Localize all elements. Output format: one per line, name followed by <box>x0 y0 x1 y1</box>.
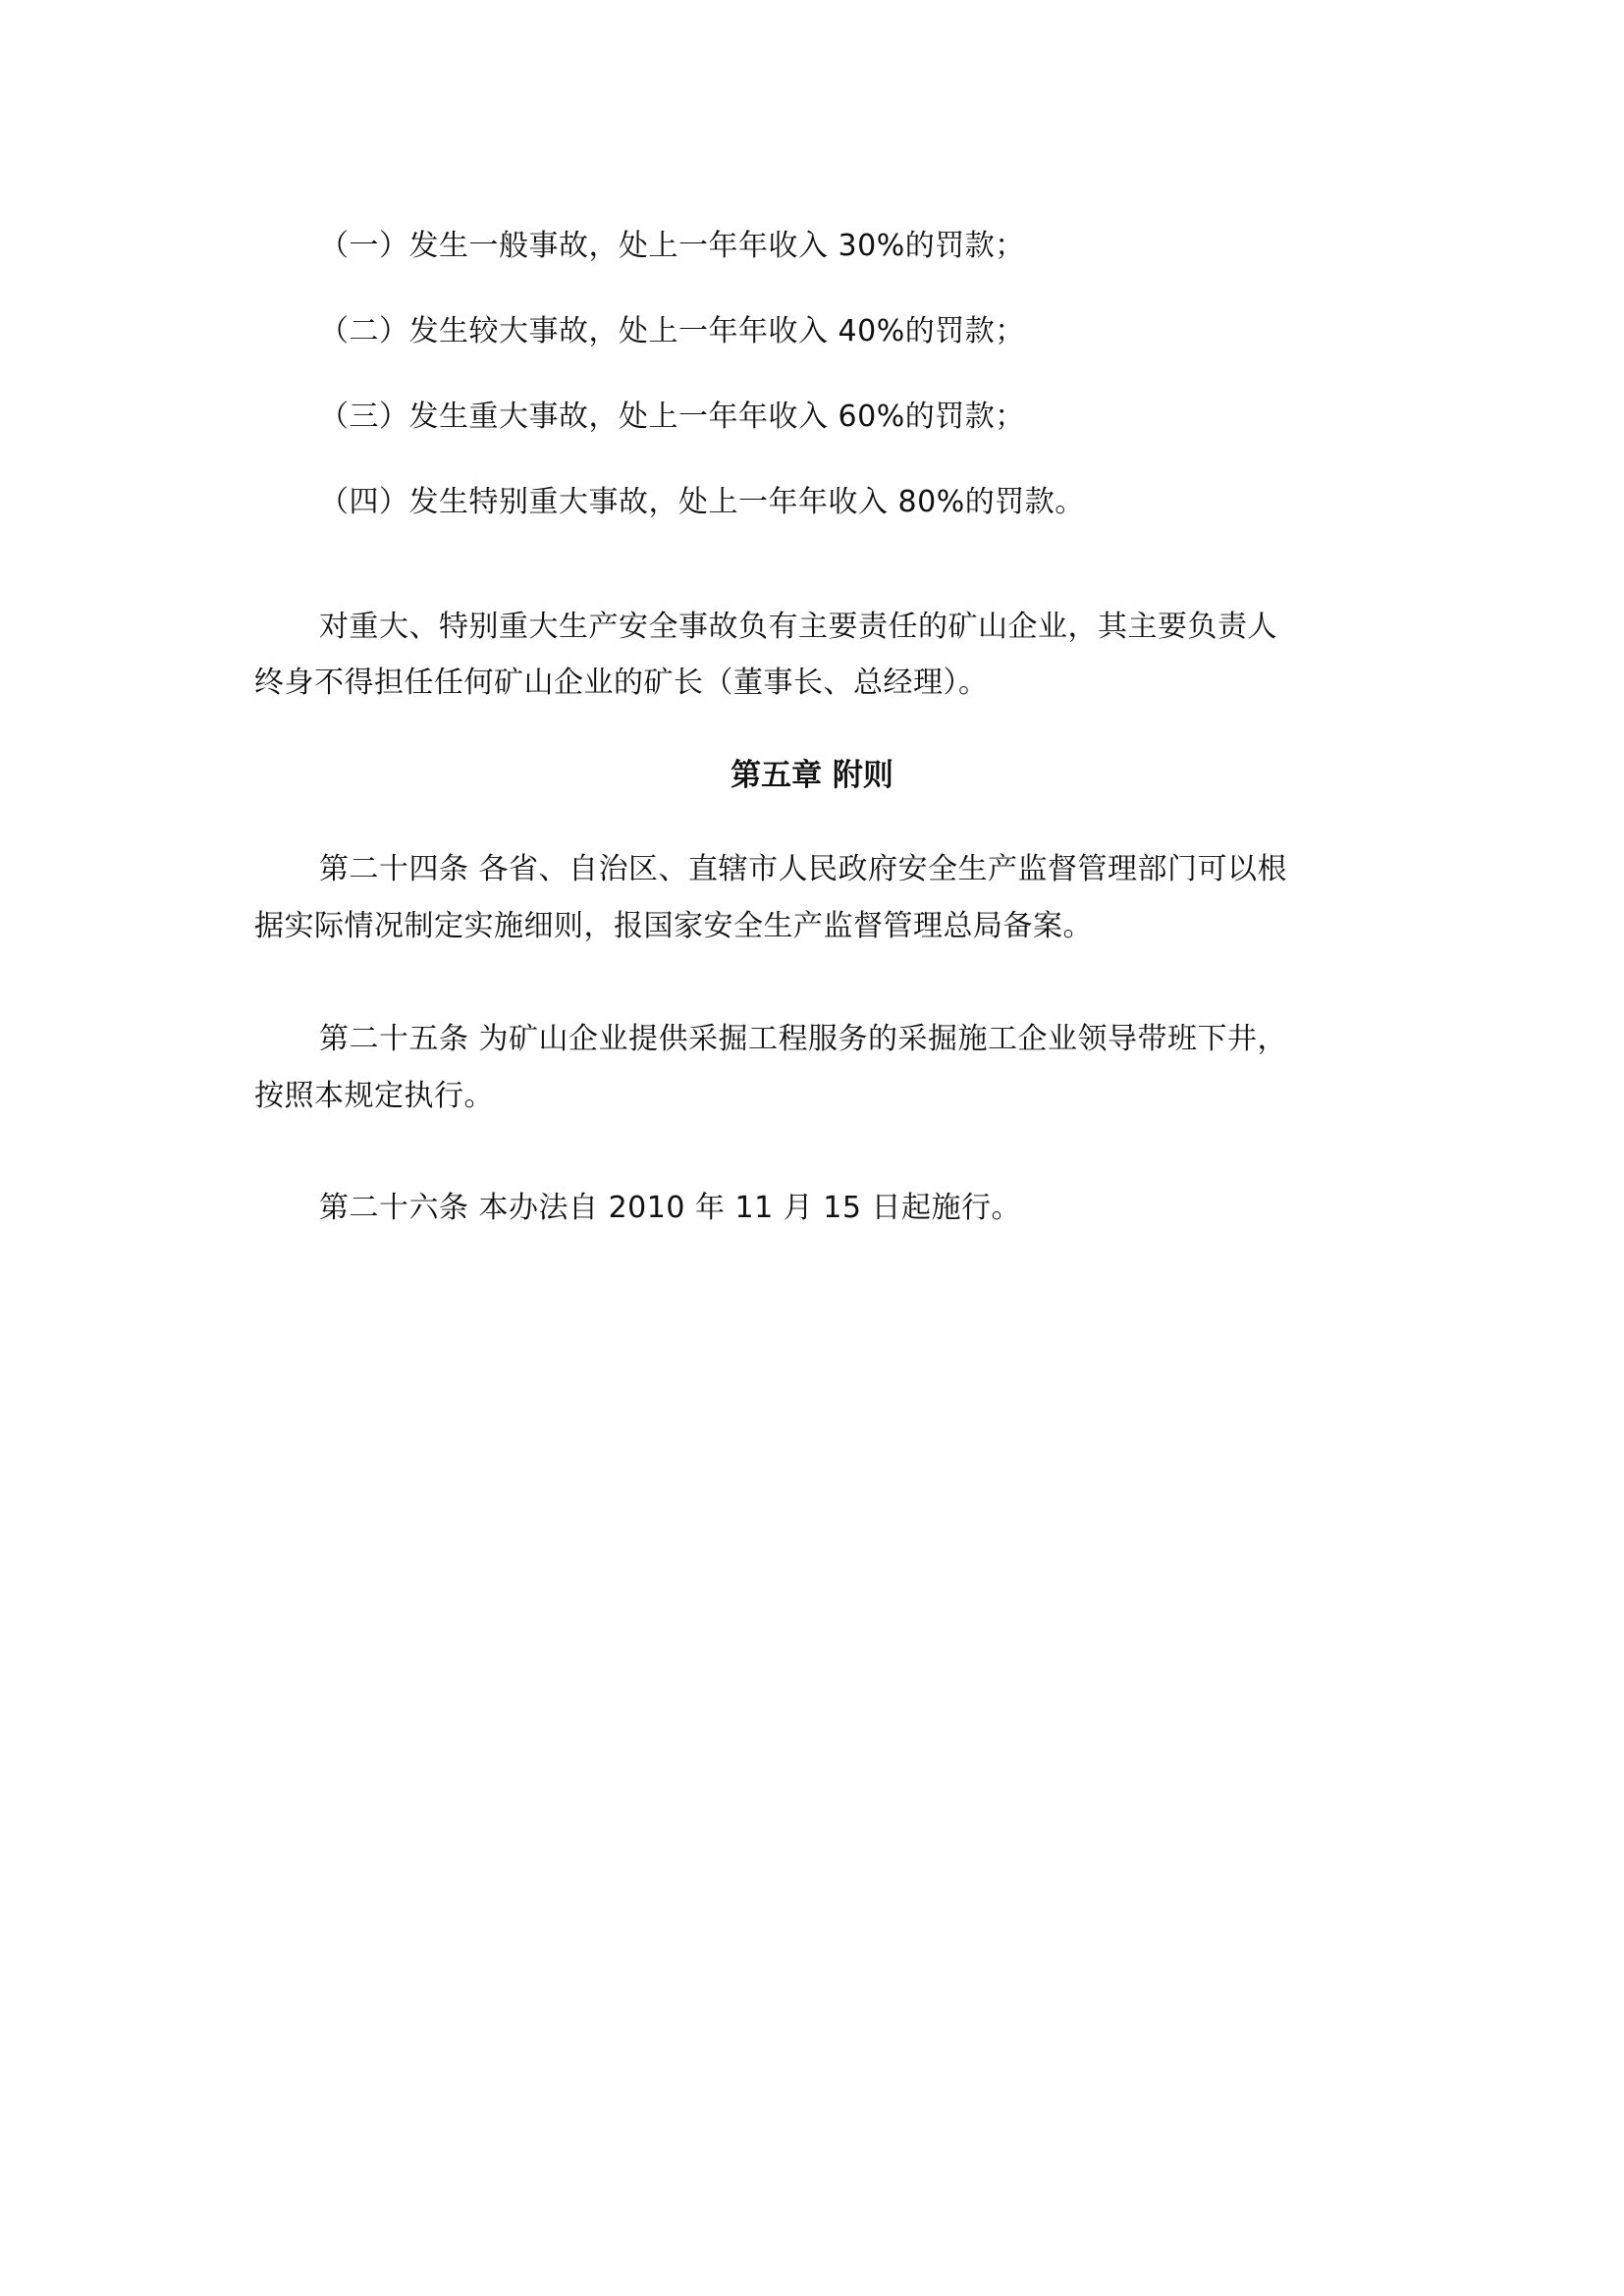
penalty-item-3: （三）发生重大事故，处上一年年收入 60%的罚款； <box>319 398 1025 437</box>
liability-paragraph-line-1: 对重大、特别重大生产安全事故负有主要责任的矿山企业，其主要负责人 <box>319 608 1277 647</box>
penalty-item-1: （一）发生一般事故，处上一年年收入 30%的罚款； <box>319 227 1025 266</box>
penalty-item-4: （四）发生特别重大事故，处上一年年收入 80%的罚款。 <box>319 483 1085 522</box>
article-24-line-2: 据实际情况制定实施细则，报国家安全生产监督管理总局备案。 <box>254 907 1093 946</box>
article-24-line-1: 第二十四条 各省、自治区、直辖市人民政府安全生产监督管理部门可以根 <box>319 850 1287 889</box>
penalty-item-2: （二）发生较大事故，处上一年年收入 40%的罚款； <box>319 312 1025 351</box>
liability-paragraph-line-2: 终身不得担任任何矿山企业的矿长（董事长、总经理）。 <box>254 664 989 703</box>
chapter-heading: 第五章 附则 <box>0 756 1624 795</box>
article-25-line-1: 第二十五条 为矿山企业提供采掘工程服务的采掘施工企业领导带班下井， <box>319 1020 1287 1059</box>
document-page: （一）发生一般事故，处上一年年收入 30%的罚款； （二）发生较大事故，处上一年… <box>0 0 1624 2296</box>
article-26-line-1: 第二十六条 本办法自 2010 年 11 月 15 日起施行。 <box>319 1189 1021 1228</box>
article-25-line-2: 按照本规定执行。 <box>254 1077 494 1116</box>
